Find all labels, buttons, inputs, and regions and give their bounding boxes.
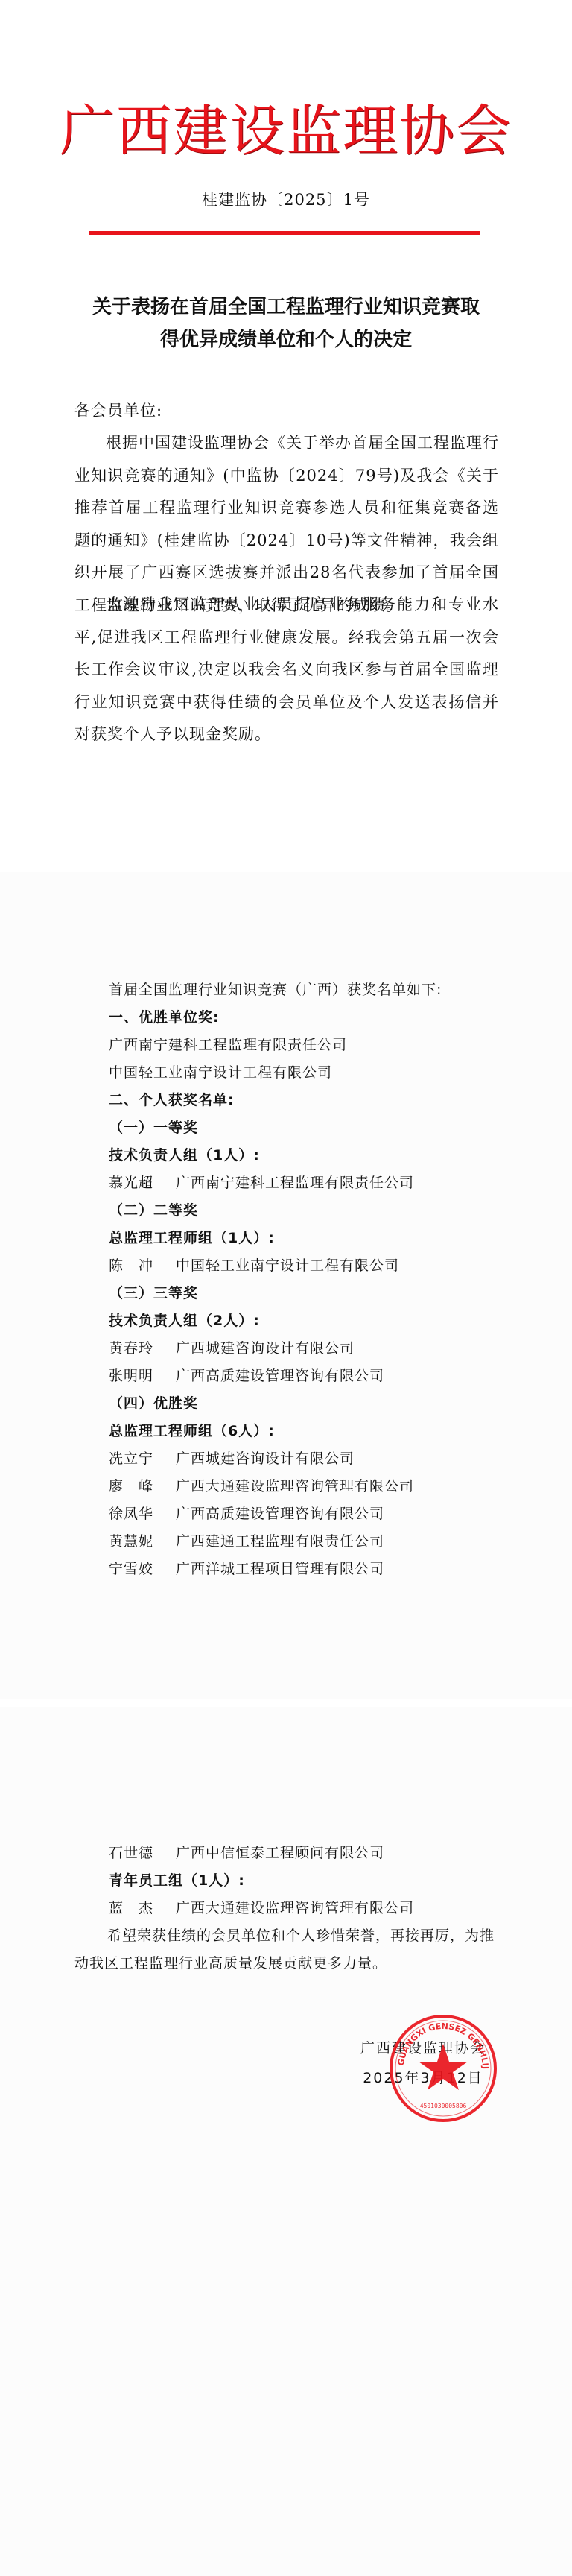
- winner-company: 广西大通建设监理咨询管理有限公司: [176, 1473, 414, 1500]
- winner-company: 广西高质建设管理咨询有限公司: [176, 1363, 384, 1390]
- third-prize-group: 技术负责人组（2人）:: [109, 1307, 496, 1335]
- second-prize-group: 总监理工程师组（1人）:: [109, 1225, 496, 1252]
- first-prize-group: 技术负责人组（1人）:: [109, 1142, 496, 1169]
- winner-company: 广西城建咨询设计有限公司: [176, 1335, 355, 1363]
- section-winning-units: 一、优胜单位奖:: [109, 1004, 496, 1032]
- winner-row: 石世德 广西中信恒泰工程顾问有限公司: [109, 1840, 496, 1867]
- document-number: 桂建监协〔2025〕1号: [0, 188, 572, 210]
- winner-name: 慕光超: [109, 1169, 176, 1197]
- document-heading: 关于表扬在首届全国工程监理行业知识竞赛取 得优异成绩单位和个人的决定: [0, 291, 572, 356]
- winning-unit: 中国轻工业南宁设计工程有限公司: [109, 1059, 496, 1087]
- excellence-prize-group: 总监理工程师组（6人）:: [109, 1418, 496, 1445]
- awards-intro: 首届全国监理行业知识竞赛（广西）获奖名单如下:: [109, 976, 496, 1004]
- winner-name: 张明明: [109, 1363, 176, 1390]
- winner-row: 慕光超 广西南宁建科工程监理有限责任公司: [109, 1169, 496, 1197]
- youth-group: 青年员工组（1人）:: [109, 1867, 496, 1895]
- winner-row: 蓝 杰 广西大通建设监理咨询管理有限公司: [109, 1895, 496, 1922]
- winner-name: 徐凤华: [109, 1500, 176, 1528]
- svg-text:4501030005806: 4501030005806: [420, 2103, 467, 2109]
- winner-row: 廖 峰 广西大通建设监理咨询管理有限公司: [109, 1473, 496, 1500]
- winner-company: 广西城建咨询设计有限公司: [176, 1445, 355, 1473]
- winner-name: 冼立宁: [109, 1445, 176, 1473]
- winner-row: 徐凤华 广西高质建设管理咨询有限公司: [109, 1500, 496, 1528]
- winner-row: 冼立宁 广西城建咨询设计有限公司: [109, 1445, 496, 1473]
- winner-row: 张明明 广西高质建设管理咨询有限公司: [109, 1363, 496, 1390]
- heading-line-2: 得优异成绩单位和个人的决定: [0, 323, 572, 356]
- winner-row: 黄春玲 广西城建咨询设计有限公司: [109, 1335, 496, 1363]
- winner-name: 廖 峰: [109, 1473, 176, 1500]
- first-prize-title: （一）一等奖: [109, 1114, 496, 1142]
- winner-company: 广西洋城工程项目管理有限公司: [176, 1556, 384, 1583]
- awards-list: 首届全国监理行业知识竞赛（广西）获奖名单如下: 一、优胜单位奖: 广西南宁建科工…: [109, 976, 496, 1583]
- closing-paragraph: 希望荣获佳绩的会员单位和个人珍惜荣誉，再接再厉，为推动我区工程监理行业高质量发展…: [74, 1922, 499, 1977]
- winner-company: 广西高质建设管理咨询有限公司: [176, 1500, 384, 1528]
- third-prize-title: （三）三等奖: [109, 1280, 496, 1307]
- section-individual-awards: 二、个人获奖名单:: [109, 1087, 496, 1114]
- awards-list-continued: 石世德 广西中信恒泰工程顾问有限公司 青年员工组（1人）: 蓝 杰 广西大通建设…: [109, 1840, 496, 1922]
- winner-name: 黄春玲: [109, 1335, 176, 1363]
- winner-row: 宁雪姣 广西洋城工程项目管理有限公司: [109, 1556, 496, 1583]
- winner-company: 中国轻工业南宁设计工程有限公司: [176, 1252, 399, 1280]
- winner-name: 石世德: [109, 1840, 176, 1867]
- salutation: 各会员单位:: [74, 395, 499, 428]
- second-prize-title: （二）二等奖: [109, 1197, 496, 1225]
- org-title: 广西建设监理协会: [0, 95, 572, 167]
- winner-row: 黄慧妮 广西建通工程监理有限责任公司: [109, 1528, 496, 1556]
- body-paragraph-2: 为激励我区监理从业人员提高业务服务能力和专业水平,促进我区工程监理行业健康发展。…: [74, 589, 499, 751]
- red-divider: [89, 231, 480, 235]
- winner-name: 宁雪姣: [109, 1556, 176, 1583]
- winner-name: 黄慧妮: [109, 1528, 176, 1556]
- winner-company: 广西南宁建科工程监理有限责任公司: [176, 1169, 414, 1197]
- winner-company: 广西中信恒泰工程顾问有限公司: [176, 1840, 384, 1867]
- closing-block: 希望荣获佳绩的会员单位和个人珍惜荣誉，再接再厉，为推动我区工程监理行业高质量发展…: [74, 1922, 499, 1977]
- winner-row: 陈 冲 中国轻工业南宁设计工程有限公司: [109, 1252, 496, 1280]
- winner-name: 蓝 杰: [109, 1895, 176, 1922]
- winner-company: 广西建通工程监理有限责任公司: [176, 1528, 384, 1556]
- page-3-background: [0, 1707, 572, 2576]
- winner-company: 广西大通建设监理咨询管理有限公司: [176, 1895, 414, 1922]
- heading-line-1: 关于表扬在首届全国工程监理行业知识竞赛取: [0, 291, 572, 323]
- winning-unit: 广西南宁建科工程监理有限责任公司: [109, 1032, 496, 1059]
- excellence-prize-title: （四）优胜奖: [109, 1390, 496, 1418]
- official-seal-icon: GUANGXI GENSEZ GENHLIJ 广西建设监理协会 45010300…: [387, 2012, 499, 2124]
- winner-name: 陈 冲: [109, 1252, 176, 1280]
